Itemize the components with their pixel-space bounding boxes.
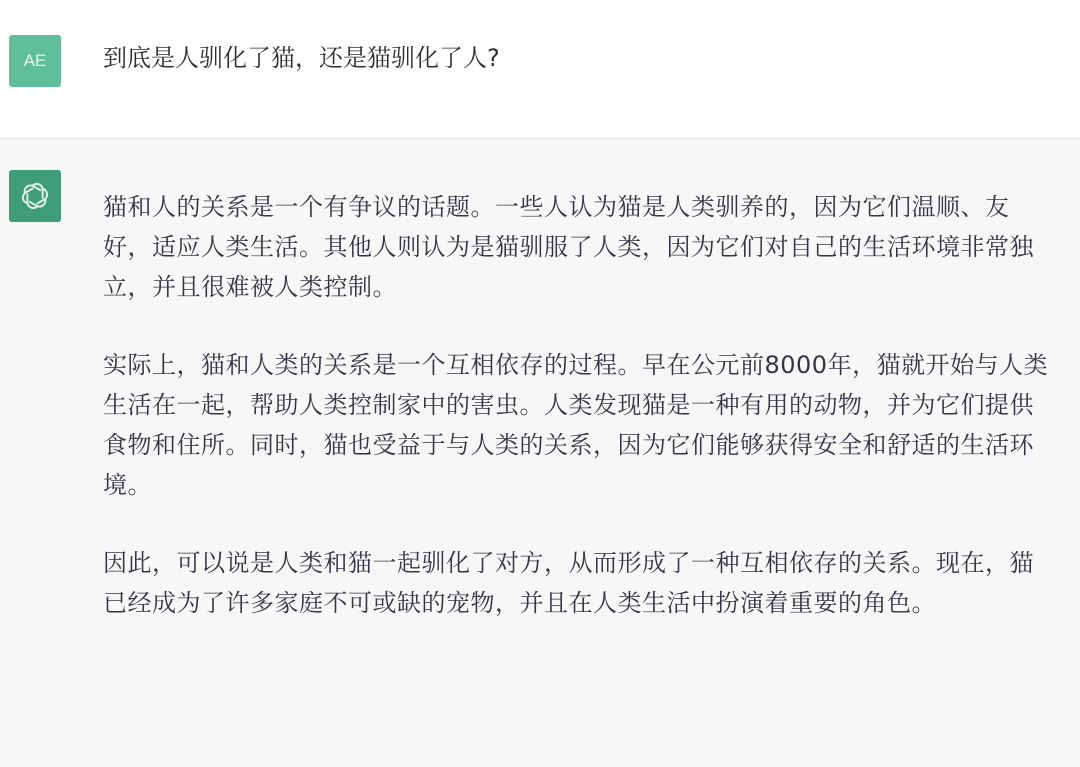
answer-paragraph: 猫和人的关系是一个有争议的话题。一些人认为猫是人类驯养的，因为它们温顺、友好，适…: [103, 187, 1053, 307]
user-message-text: 到底是人驯化了猫，还是猫驯化了人?: [103, 40, 500, 76]
user-message-row: AE 到底是人驯化了猫，还是猫驯化了人?: [0, 0, 1080, 139]
openai-logo-icon: [18, 179, 52, 213]
user-avatar: AE: [9, 35, 61, 87]
answer-paragraph: 因此，可以说是人类和猫一起驯化了对方，从而形成了一种互相依存的关系。现在，猫已经…: [103, 543, 1053, 623]
assistant-avatar: [9, 170, 61, 222]
answer-paragraph: 实际上，猫和人类的关系是一个互相依存的过程。早在公元前8000年，猫就开始与人类…: [103, 345, 1053, 505]
assistant-message-row: 猫和人的关系是一个有争议的话题。一些人认为猫是人类驯养的，因为它们温顺、友好，适…: [0, 139, 1080, 767]
assistant-answer: 猫和人的关系是一个有争议的话题。一些人认为猫是人类驯养的，因为它们温顺、友好，适…: [103, 187, 1053, 661]
